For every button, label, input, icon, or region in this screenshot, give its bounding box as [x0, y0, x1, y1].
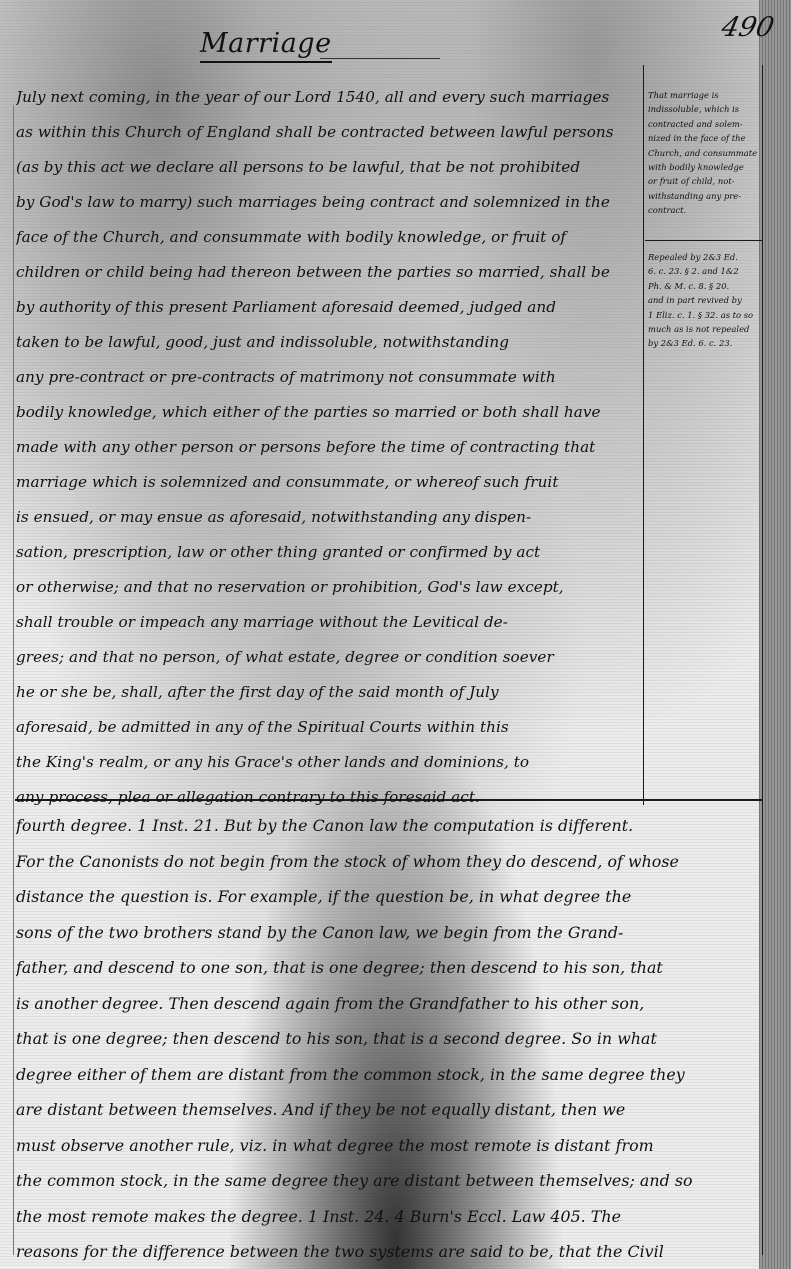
text-line: degree either of them are distant from t… [16, 1057, 776, 1093]
text-line: children or child being had thereon betw… [16, 255, 640, 290]
page-number: 490 [719, 12, 777, 43]
text-line: sation, prescription, law or other thing… [16, 535, 640, 570]
page-heading: Marriage [200, 28, 332, 63]
text-line: that is one degree; then descend to his … [16, 1021, 776, 1057]
text-line: aforesaid, be admitted in any of the Spi… [16, 710, 640, 745]
margin-note-line: nized in the face of the [648, 131, 758, 145]
margin-note-repealed: Repealed by 2&3 Ed.6. c. 23. § 2. and 1&… [648, 250, 758, 351]
margin-note-line: Church, and consummate [648, 146, 758, 160]
text-line: distance the question is. For example, i… [16, 879, 776, 915]
heading-underline [320, 58, 440, 59]
text-line: made with any other person or persons be… [16, 430, 640, 465]
text-line: shall trouble or impeach any marriage wi… [16, 605, 640, 640]
manuscript-page: 490 Marriage July next coming, in the ye… [0, 0, 791, 1269]
margin-note-line: contract. [648, 203, 758, 217]
section-2-text: fourth degree. 1 Inst. 21. But by the Ca… [16, 808, 776, 1269]
text-line: For the Canonists do not begin from the … [16, 844, 776, 880]
margin-note-line: or fruit of child, not- [648, 174, 758, 188]
text-line: bodily knowledge, which either of the pa… [16, 395, 640, 430]
text-line: any pre-contract or pre-contracts of mat… [16, 360, 640, 395]
left-margin-rule [13, 105, 14, 1255]
text-line: must observe another rule, viz. in what … [16, 1128, 776, 1164]
text-line: by authority of this present Parliament … [16, 290, 640, 325]
text-line: reasons for the difference between the t… [16, 1234, 776, 1269]
margin-note-line: That marriage is [648, 88, 758, 102]
margin-note-line: withstanding any pre- [648, 189, 758, 203]
margin-note-line: Repealed by 2&3 Ed. [648, 250, 758, 264]
text-line: is another degree. Then descend again fr… [16, 986, 776, 1022]
margin-note-line: Ph. & M. c. 8. § 20. [648, 279, 758, 293]
text-line: the common stock, in the same degree the… [16, 1163, 776, 1199]
margin-note-line: contracted and solem- [648, 117, 758, 131]
margin-note-line: and in part revived by [648, 293, 758, 307]
text-line: are distant between themselves. And if t… [16, 1092, 776, 1128]
margin-note-indissoluble: That marriage isindissoluble, which isco… [648, 88, 758, 218]
text-line: the King's realm, or any his Grace's oth… [16, 745, 640, 780]
text-line: he or she be, shall, after the first day… [16, 675, 640, 710]
text-line: July next coming, in the year of our Lor… [16, 80, 640, 115]
text-line: father, and descend to one son, that is … [16, 950, 776, 986]
section-1-text: July next coming, in the year of our Lor… [16, 80, 640, 815]
margin-note-line: indissoluble, which is [648, 102, 758, 116]
text-line: face of the Church, and consummate with … [16, 220, 640, 255]
text-line: as within this Church of England shall b… [16, 115, 640, 150]
text-line: by God's law to marry) such marriages be… [16, 185, 640, 220]
margin-note-line: by 2&3 Ed. 6. c. 23. [648, 336, 758, 350]
margin-note-line: much as is not repealed [648, 322, 758, 336]
text-line: grees; and that no person, of what estat… [16, 640, 640, 675]
margin-note-line: 1 Eliz. c. 1. § 32. as to so [648, 308, 758, 322]
text-line: or otherwise; and that no reservation or… [16, 570, 640, 605]
text-line: (as by this act we declare all persons t… [16, 150, 640, 185]
text-line: marriage which is solemnized and consumm… [16, 465, 640, 500]
text-line: is ensued, or may ensue as aforesaid, no… [16, 500, 640, 535]
text-line: the most remote makes the degree. 1 Inst… [16, 1199, 776, 1235]
margin-note-line: 6. c. 23. § 2. and 1&2 [648, 264, 758, 278]
margin-note-line: with bodily knowledge [648, 160, 758, 174]
text-line: fourth degree. 1 Inst. 21. But by the Ca… [16, 808, 776, 844]
margin-note-divider [645, 240, 762, 241]
text-line: taken to be lawful, good, just and indis… [16, 325, 640, 360]
margin-rule-left [643, 65, 644, 805]
text-line: sons of the two brothers stand by the Ca… [16, 915, 776, 951]
